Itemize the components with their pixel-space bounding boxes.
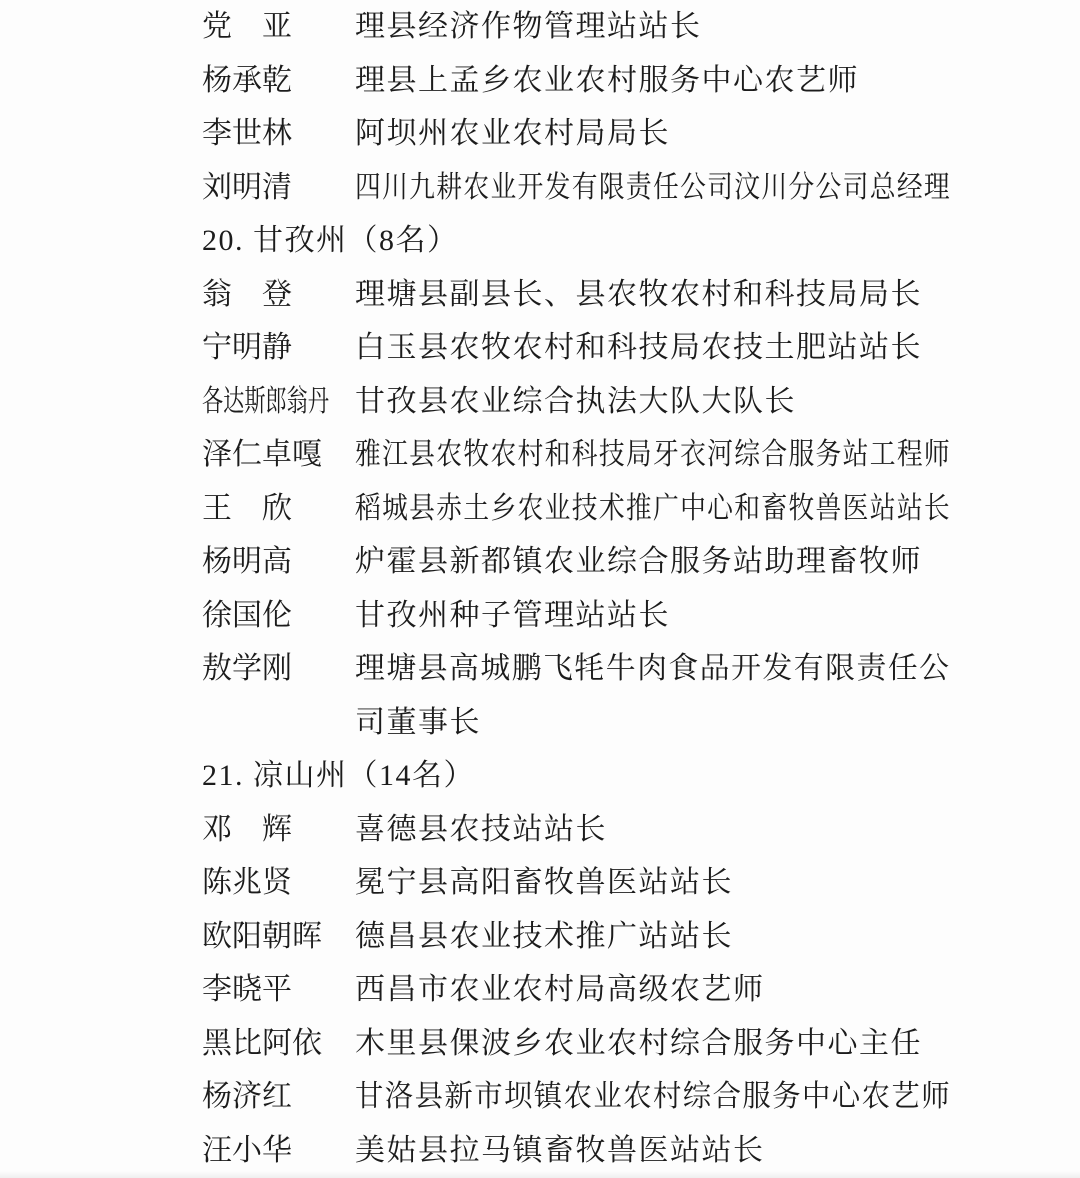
list-item: 黑比阿依 木里县倮波乡农业农村综合服务中心主任 — [202, 1017, 1080, 1071]
list-item: 陈兆贤 冕宁县高阳畜牧兽医站站长 — [202, 856, 1080, 910]
person-name: 杨济红 — [202, 1070, 355, 1124]
person-title-text: 理塘县高城鹏飞牦牛肉食品开发有限责任公 — [355, 642, 951, 696]
list-item: 翁 登 理塘县副县长、县农牧农村和科技局局长 — [202, 268, 1080, 322]
person-name-text: 刘明清 — [202, 161, 292, 215]
person-name: 徐国伦 — [202, 589, 355, 643]
list-item: 杨济红 甘洛县新市坝镇农业农村综合服务中心农艺师 — [202, 1070, 1080, 1124]
person-name-text: 陈兆贤 — [202, 856, 292, 910]
person-name: 宁明静 — [202, 321, 355, 375]
person-title-text: 西昌市农业农村局高级农艺师 — [355, 963, 765, 1017]
list-item: 杨明高 炉霍县新都镇农业综合服务站助理畜牧师 — [202, 535, 1080, 589]
list-item: 李晓平 西昌市农业农村局高级农艺师 — [202, 963, 1080, 1017]
person-title: 阿坝州农业农村局局长 — [355, 107, 951, 161]
person-title-text: 司董事长 — [355, 696, 481, 750]
person-name: 敖学刚 — [202, 642, 355, 696]
person-name-text: 欧阳朝晖 — [202, 910, 322, 964]
person-title-text: 喜德县农技站站长 — [355, 803, 607, 857]
person-name: 各达斯郎翁丹 — [202, 375, 355, 429]
person-name-text: 邓 辉 — [202, 803, 292, 857]
person-name-text: 李世林 — [202, 107, 292, 161]
person-title-text: 德昌县农业技术推广站站长 — [355, 910, 733, 964]
person-name-text: 杨明高 — [202, 535, 292, 589]
person-title: 美姑县拉马镇畜牧兽医站站长 — [355, 1124, 951, 1178]
list-item: 刘明清 四川九耕农业开发有限责任公司汶川分公司总经理 — [202, 161, 1080, 215]
list-item: 各达斯郎翁丹 甘孜县农业综合执法大队大队长 — [202, 375, 1080, 429]
section-header: 21. 凉山州（14名） — [202, 749, 1080, 803]
list-item: 党 亚 理县经济作物管理站站长 — [202, 0, 1080, 54]
person-name: 王 欣 — [202, 482, 355, 536]
person-title: 德昌县农业技术推广站站长 — [355, 910, 951, 964]
list-item: 宁明静 白玉县农牧农村和科技局农技土肥站站长 — [202, 321, 1080, 375]
list-item: 汪小华 美姑县拉马镇畜牧兽医站站长 — [202, 1124, 1080, 1178]
person-title: 稻城县赤土乡农业技术推广中心和畜牧兽医站站长 — [355, 482, 951, 536]
person-title: 冕宁县高阳畜牧兽医站站长 — [355, 856, 951, 910]
list-item: 邓 辉 喜德县农技站站长 — [202, 803, 1080, 857]
person-name-text: 党 亚 — [202, 0, 292, 54]
person-title-text: 理县上孟乡农业农村服务中心农艺师 — [355, 54, 859, 108]
person-title-text: 阿坝州农业农村局局长 — [355, 107, 670, 161]
list-item: 欧阳朝晖 德昌县农业技术推广站站长 — [202, 910, 1080, 964]
document-page: 党 亚 理县经济作物管理站站长 杨承乾 理县上孟乡农业农村服务中心农艺师 李世林… — [0, 0, 1080, 1177]
person-title-text: 甘洛县新市坝镇农业农村综合服务中心农艺师 — [355, 1070, 951, 1124]
person-title-text: 四川九耕农业开发有限责任公司汶川分公司总经理 — [355, 161, 951, 215]
person-title: 甘孜州种子管理站站长 — [355, 589, 951, 643]
person-name: 党 亚 — [202, 0, 355, 54]
person-name: 泽仁卓嘎 — [202, 428, 355, 482]
person-title: 理县经济作物管理站站长 — [355, 0, 951, 54]
person-name: 陈兆贤 — [202, 856, 355, 910]
person-name-text: 敖学刚 — [202, 642, 292, 696]
person-title: 白玉县农牧农村和科技局农技土肥站站长 — [355, 321, 951, 375]
person-title-text: 白玉县农牧农村和科技局农技土肥站站长 — [355, 321, 922, 375]
person-title: 喜德县农技站站长 — [355, 803, 951, 857]
person-title-text: 雅江县农牧农村和科技局牙衣河综合服务站工程师 — [355, 428, 951, 482]
person-title: 甘洛县新市坝镇农业农村综合服务中心农艺师 — [355, 1070, 951, 1124]
section-header-label: 21. 凉山州（14名） — [202, 759, 475, 792]
person-title: 西昌市农业农村局高级农艺师 — [355, 963, 951, 1017]
person-title: 炉霍县新都镇农业综合服务站助理畜牧师 — [355, 535, 951, 589]
person-name-text: 王 欣 — [202, 482, 292, 536]
person-title-text: 木里县倮波乡农业农村综合服务中心主任 — [355, 1017, 922, 1071]
page-bottom-shadow — [0, 1171, 1080, 1178]
person-name: 刘明清 — [202, 161, 355, 215]
list-item: 李世林 阿坝州农业农村局局长 — [202, 107, 1080, 161]
person-name: 杨承乾 — [202, 54, 355, 108]
list-item: 敖学刚 理塘县高城鹏飞牦牛肉食品开发有限责任公 司董事长 — [202, 642, 1080, 749]
person-name: 杨明高 — [202, 535, 355, 589]
person-name-text: 杨济红 — [202, 1070, 292, 1124]
person-title-text: 理县经济作物管理站站长 — [355, 0, 702, 54]
person-title: 雅江县农牧农村和科技局牙衣河综合服务站工程师 — [355, 428, 951, 482]
section-header: 20. 甘孜州（8名） — [202, 214, 1080, 268]
person-name-text: 各达斯郎翁丹 — [202, 375, 329, 429]
person-title-text: 美姑县拉马镇畜牧兽医站站长 — [355, 1124, 765, 1178]
person-title: 甘孜县农业综合执法大队大队长 — [355, 375, 951, 429]
person-title-text: 甘孜县农业综合执法大队大队长 — [355, 375, 796, 429]
person-title-text: 冕宁县高阳畜牧兽医站站长 — [355, 856, 733, 910]
list-item: 王 欣 稻城县赤土乡农业技术推广中心和畜牧兽医站站长 — [202, 482, 1080, 536]
person-name-text: 杨承乾 — [202, 54, 292, 108]
person-name: 汪小华 — [202, 1124, 355, 1178]
person-title: 理塘县副县长、县农牧农村和科技局局长 — [355, 268, 951, 322]
person-title: 四川九耕农业开发有限责任公司汶川分公司总经理 — [355, 161, 951, 215]
person-title: 理县上孟乡农业农村服务中心农艺师 — [355, 54, 951, 108]
list-item: 泽仁卓嘎 雅江县农牧农村和科技局牙衣河综合服务站工程师 — [202, 428, 1080, 482]
person-name-text: 泽仁卓嘎 — [202, 428, 322, 482]
person-name: 李晓平 — [202, 963, 355, 1017]
person-title-text: 理塘县副县长、县农牧农村和科技局局长 — [355, 268, 922, 322]
section-header-label: 20. 甘孜州（8名） — [202, 224, 459, 257]
person-name-text: 黑比阿依 — [202, 1017, 322, 1071]
person-name: 翁 登 — [202, 268, 355, 322]
person-name: 黑比阿依 — [202, 1017, 355, 1071]
person-title-text: 稻城县赤土乡农业技术推广中心和畜牧兽医站站长 — [355, 482, 951, 536]
person-name-text: 翁 登 — [202, 268, 292, 322]
person-title-text: 炉霍县新都镇农业综合服务站助理畜牧师 — [355, 535, 922, 589]
person-title-text: 甘孜州种子管理站站长 — [355, 589, 670, 643]
person-name-text: 宁明静 — [202, 321, 292, 375]
list-item: 杨承乾 理县上孟乡农业农村服务中心农艺师 — [202, 54, 1080, 108]
person-name-text: 徐国伦 — [202, 589, 292, 643]
person-title: 木里县倮波乡农业农村综合服务中心主任 — [355, 1017, 951, 1071]
list-item: 徐国伦 甘孜州种子管理站站长 — [202, 589, 1080, 643]
person-name: 邓 辉 — [202, 803, 355, 857]
person-name: 李世林 — [202, 107, 355, 161]
person-name: 欧阳朝晖 — [202, 910, 355, 964]
person-name-text: 李晓平 — [202, 963, 292, 1017]
person-title: 理塘县高城鹏飞牦牛肉食品开发有限责任公 司董事长 — [355, 642, 951, 749]
person-name-text: 汪小华 — [202, 1124, 292, 1178]
